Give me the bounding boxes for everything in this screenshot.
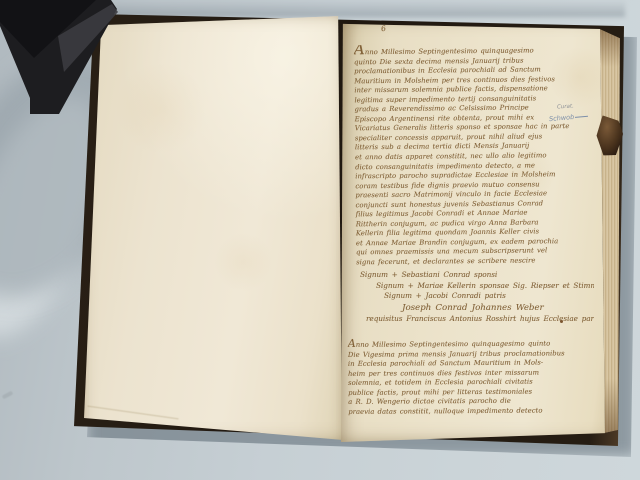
- wall-smudge: [2, 391, 14, 400]
- manuscript-line: signa fecerunt, et declarantes se scribe…: [356, 256, 600, 268]
- signature-block: Signum + Sebastiani Conrad sponsiSignum …: [350, 270, 594, 324]
- manuscript-line: Signum + Sebastiani Conrad sponsi: [350, 270, 594, 281]
- margin-note-curat: Curat.: [557, 104, 574, 111]
- page-crease: [87, 406, 178, 420]
- page-number-mark: 6: [380, 24, 386, 34]
- manuscript-line: Signum + Jacobi Conradi patris: [350, 291, 594, 302]
- archival-photo-scene: 6 Anno Millesimo Septingentesimo quinqua…: [0, 0, 640, 480]
- manuscript-entry-1: Anno Millesimo Septingentesimo quinquage…: [354, 43, 600, 268]
- right-page-manuscript: 6 Anno Millesimo Septingentesimo quinqua…: [341, 18, 612, 442]
- manuscript-line: Signum + Mariae Kellerin sponsae Sig. Ri…: [350, 281, 594, 292]
- manuscript-line: Joseph Conrad Johannes Weber: [350, 302, 594, 314]
- equipment-arm: [0, 0, 140, 125]
- book-top-shadow: [80, 0, 625, 17]
- manuscript-line: praevia datas constitit, nulloque impedi…: [348, 406, 592, 417]
- manuscript-entry-2: Anno Millesimo Septingentesimo quinquage…: [348, 337, 593, 417]
- manuscript-line: requisitus Franciscus Antonius Rosshirt …: [350, 314, 594, 325]
- ink-stain: [560, 320, 563, 323]
